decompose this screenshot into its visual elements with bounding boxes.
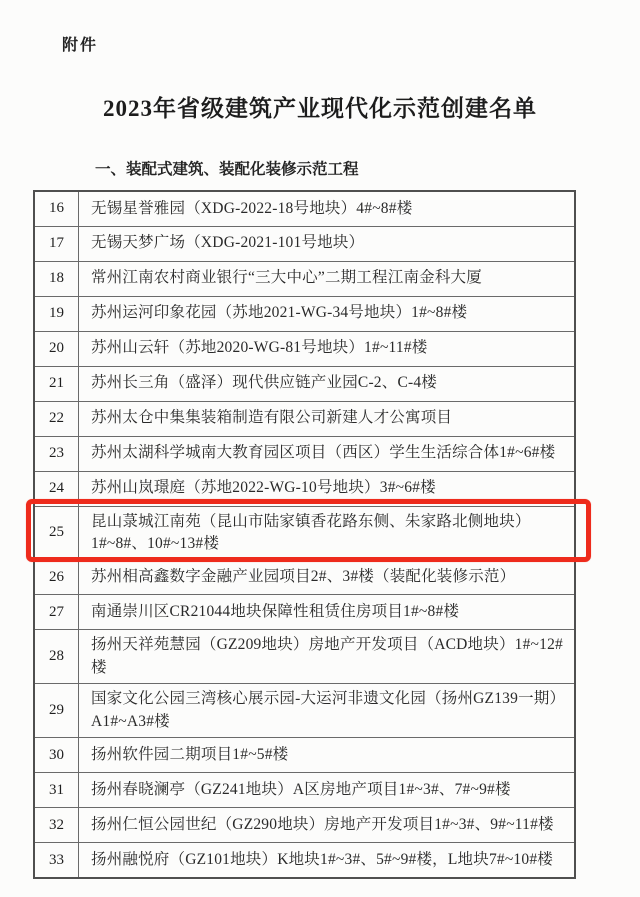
page: 附件 2023年省级建筑产业现代化示范创建名单 一、装配式建筑、装配化装修示范工…	[0, 0, 640, 897]
table-row: 30扬州软件园二期项目1#~5#楼	[34, 738, 575, 773]
table-row: 19苏州运河印象花园（苏地2021-WG-34号地块）1#~8#楼	[34, 296, 575, 331]
table-row: 25昆山菉城江南苑（昆山市陆家镇香花路东侧、朱家路北侧地块）1#~8#、10#~…	[34, 506, 575, 560]
attachment-label: 附件	[62, 32, 98, 55]
project-name: 扬州春晓澜亭（GZ241地块）A区房地产项目1#~3#、7#~9#楼	[79, 773, 576, 808]
table-row: 23苏州太湖科学城南大教育园区项目（西区）学生生活综合体1#~6#楼	[34, 436, 575, 471]
table-row: 21苏州长三角（盛泽）现代供应链产业园C-2、C-4楼	[34, 366, 575, 401]
table-row: 27南通崇川区CR21044地块保障性租赁住房项目1#~8#楼	[34, 595, 575, 630]
project-name: 无锡星誉雅园（XDG-2022-18号地块）4#~8#楼	[79, 191, 576, 226]
row-number: 25	[34, 506, 79, 560]
project-name: 国家文化公园三湾核心展示园-大运河非遗文化园（扬州GZ139一期）A1#~A3#…	[79, 684, 576, 738]
row-number: 18	[34, 261, 79, 296]
row-number: 30	[34, 738, 79, 773]
project-name: 扬州融悦府（GZ101地块）K地块1#~3#、5#~9#楼，L地块7#~10#楼	[79, 843, 576, 878]
table-row: 29国家文化公园三湾核心展示园-大运河非遗文化园（扬州GZ139一期）A1#~A…	[34, 684, 575, 738]
row-number: 27	[34, 595, 79, 630]
row-number: 20	[34, 331, 79, 366]
table-row: 20苏州山云轩（苏地2020-WG-81号地块）1#~11#楼	[34, 331, 575, 366]
row-number: 22	[34, 401, 79, 436]
table-row: 28扬州天祥苑慧园（GZ209地块）房地产开发项目（ACD地块）1#~12#楼	[34, 630, 575, 684]
row-number: 21	[34, 366, 79, 401]
table-row: 16无锡星誉雅园（XDG-2022-18号地块）4#~8#楼	[34, 191, 575, 226]
table-row: 18常州江南农村商业银行“三大中心”二期工程江南金科大厦	[34, 261, 575, 296]
row-number: 17	[34, 226, 79, 261]
project-name: 扬州软件园二期项目1#~5#楼	[79, 738, 576, 773]
row-number: 33	[34, 843, 79, 878]
row-number: 29	[34, 684, 79, 738]
project-name: 昆山菉城江南苑（昆山市陆家镇香花路东侧、朱家路北侧地块）1#~8#、10#~13…	[79, 506, 576, 560]
page-title: 2023年省级建筑产业现代化示范创建名单	[0, 90, 640, 123]
table-row: 24苏州山岚璟庭（苏地2022-WG-10号地块）3#~6#楼	[34, 471, 575, 506]
row-number: 24	[34, 471, 79, 506]
table-row: 32扬州仁恒公园世纪（GZ290地块）房地产开发项目1#~3#、9#~11#楼	[34, 808, 575, 843]
project-name: 扬州仁恒公园世纪（GZ290地块）房地产开发项目1#~3#、9#~11#楼	[79, 808, 576, 843]
project-name: 苏州相高鑫数字金融产业园项目2#、3#楼（装配化装修示范）	[79, 560, 576, 595]
project-name: 扬州天祥苑慧园（GZ209地块）房地产开发项目（ACD地块）1#~12#楼	[79, 630, 576, 684]
row-number: 23	[34, 436, 79, 471]
table-row: 17无锡天梦广场（XDG-2021-101号地块）	[34, 226, 575, 261]
row-number: 28	[34, 630, 79, 684]
table-row: 26苏州相高鑫数字金融产业园项目2#、3#楼（装配化装修示范）	[34, 560, 575, 595]
table-row: 31扬州春晓澜亭（GZ241地块）A区房地产项目1#~3#、7#~9#楼	[34, 773, 575, 808]
row-number: 26	[34, 560, 79, 595]
row-number: 31	[34, 773, 79, 808]
row-number: 16	[34, 191, 79, 226]
project-name: 苏州太仓中集集装箱制造有限公司新建人才公寓项目	[79, 401, 576, 436]
project-name: 常州江南农村商业银行“三大中心”二期工程江南金科大厦	[79, 261, 576, 296]
project-name: 苏州太湖科学城南大教育园区项目（西区）学生生活综合体1#~6#楼	[79, 436, 576, 471]
project-name: 无锡天梦广场（XDG-2021-101号地块）	[79, 226, 576, 261]
project-name: 苏州山岚璟庭（苏地2022-WG-10号地块）3#~6#楼	[79, 471, 576, 506]
project-name: 南通崇川区CR21044地块保障性租赁住房项目1#~8#楼	[79, 595, 576, 630]
row-number: 32	[34, 808, 79, 843]
project-table: 16无锡星誉雅园（XDG-2022-18号地块）4#~8#楼17无锡天梦广场（X…	[33, 190, 576, 879]
table-row: 22苏州太仓中集集装箱制造有限公司新建人才公寓项目	[34, 401, 575, 436]
project-name: 苏州长三角（盛泽）现代供应链产业园C-2、C-4楼	[79, 366, 576, 401]
section-heading: 一、装配式建筑、装配化装修示范工程	[95, 157, 359, 179]
table-row: 33扬州融悦府（GZ101地块）K地块1#~3#、5#~9#楼，L地块7#~10…	[34, 843, 575, 878]
project-table-body: 16无锡星誉雅园（XDG-2022-18号地块）4#~8#楼17无锡天梦广场（X…	[34, 191, 575, 878]
project-name: 苏州山云轩（苏地2020-WG-81号地块）1#~11#楼	[79, 331, 576, 366]
project-name: 苏州运河印象花园（苏地2021-WG-34号地块）1#~8#楼	[79, 296, 576, 331]
row-number: 19	[34, 296, 79, 331]
